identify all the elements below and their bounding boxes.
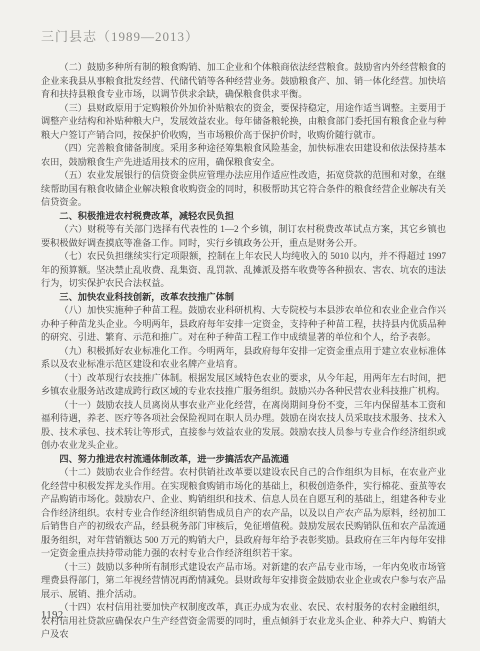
page-body: （二）鼓励多种所有制的粮食购销、加工企业和个体粮商依法经营粮食。鼓励省内外经营粮…	[41, 61, 446, 642]
paragraph: （十三）鼓励以多种所有制形式建设农产品市场。对新建的农产品专业市场，一年内免收市…	[41, 561, 446, 602]
section-heading: 四、努力推进农村流通体制改革，进一步搞活农产品流通	[41, 453, 446, 467]
page-number: 1192	[41, 610, 64, 621]
paragraph: （八）加快实施种子种苗工程。鼓励农业科研机构、大专院校与本县涉农单位和农业企业合…	[41, 304, 446, 345]
paragraph: （四）完善粮食储备制度。采用多种途径筹集粮食风险基金，加快标准农田建设和依法保持…	[41, 142, 446, 169]
paragraph: （六）财税等有关部门选择有代表性的 1—2 个乡镇，制订农村税费改革试点方案，其…	[41, 223, 446, 250]
running-header: 三门县志（1989—2013）	[41, 26, 446, 45]
paragraph: （九）积极抓好农业标准化工作。今明两年，县政府每年安排一定资金重点用于建立农业标…	[41, 345, 446, 372]
paragraph: （十一）鼓励农技人员离岗从事农业产业化经营，在离岗期间身份不变，三年内保留基本工…	[41, 399, 446, 453]
section-heading: 三、加快农业科技创新，改革农技推广体制	[41, 291, 446, 305]
paragraph: （七）农民负担继续实行定项限额，控制在上年农民人均纯收入的 5010 以内，并不…	[41, 250, 446, 291]
paragraph: （五）农业发展银行的信贷资金供应管理办法应用作适应性改造，拓宽贷款的范围和对象，…	[41, 169, 446, 210]
paragraph: （三）县财政原用于定购粮价外加价补贴粮农的资金，要保持稳定，用途作适当调整。主要…	[41, 102, 446, 143]
paragraph: （十二）鼓励农业合作经营。农村供销社改革要以建设农民自己的合作组织为目标，在农业…	[41, 466, 446, 561]
paragraph: （十）改革现行农技推广体制。根据发展区域特色农业的要求，从今年起，用两年左右时间…	[41, 372, 446, 399]
paragraph: （十四）农村信用社要加快产权制度改革，真正办成为农业、农民、农村服务的农村金融组…	[41, 601, 446, 642]
section-heading: 二、积极推进农村税费改革，减轻农民负担	[41, 210, 446, 224]
book-page: 三门县志（1989—2013） （二）鼓励多种所有制的粮食购销、加工企业和个体粮…	[0, 0, 480, 651]
paragraph: （二）鼓励多种所有制的粮食购销、加工企业和个体粮商依法经营粮食。鼓励省内外经营粮…	[41, 61, 446, 102]
